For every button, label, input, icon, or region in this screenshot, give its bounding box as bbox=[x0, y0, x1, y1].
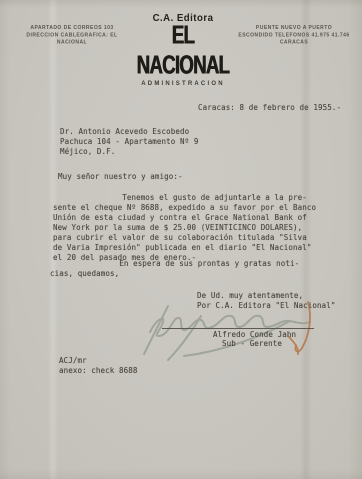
scanned-letter-page: APARTADO DE CORREOS 103 DIRECCION CABLEG… bbox=[0, 0, 362, 479]
handwritten-signature bbox=[138, 294, 333, 364]
masthead-logo-el-nacional: EL NACIONAL bbox=[125, 21, 242, 81]
salutation: Muy señor nuestro y amigo:- bbox=[58, 172, 183, 182]
masthead: C.A. Editora EL NACIONAL ADMINISTRACION bbox=[108, 12, 258, 87]
recipient-address: Dr. Antonio Acevedo Escobedo Pachuca 104… bbox=[60, 127, 198, 157]
enclosure-note: anexo: check 8688 bbox=[59, 366, 137, 376]
body-paragraph: Tenemos el gusto de adjuntarle a la pre-… bbox=[53, 193, 316, 263]
dateline: Caracas: 8 de febrero de 1955.- bbox=[198, 103, 341, 113]
masthead-department: ADMINISTRACION bbox=[108, 81, 258, 87]
closing-paragraph: En espera de sus prontas y gratas noti- … bbox=[50, 259, 299, 279]
reference-initials: ACJ/mr bbox=[59, 356, 87, 366]
signer-title: Sub - Gerente bbox=[222, 339, 282, 349]
letterhead-right-block: PUENTE NUEVO A PUERTO ESCONDIDO TELEFONO… bbox=[238, 24, 350, 46]
signature-rule bbox=[162, 328, 314, 329]
